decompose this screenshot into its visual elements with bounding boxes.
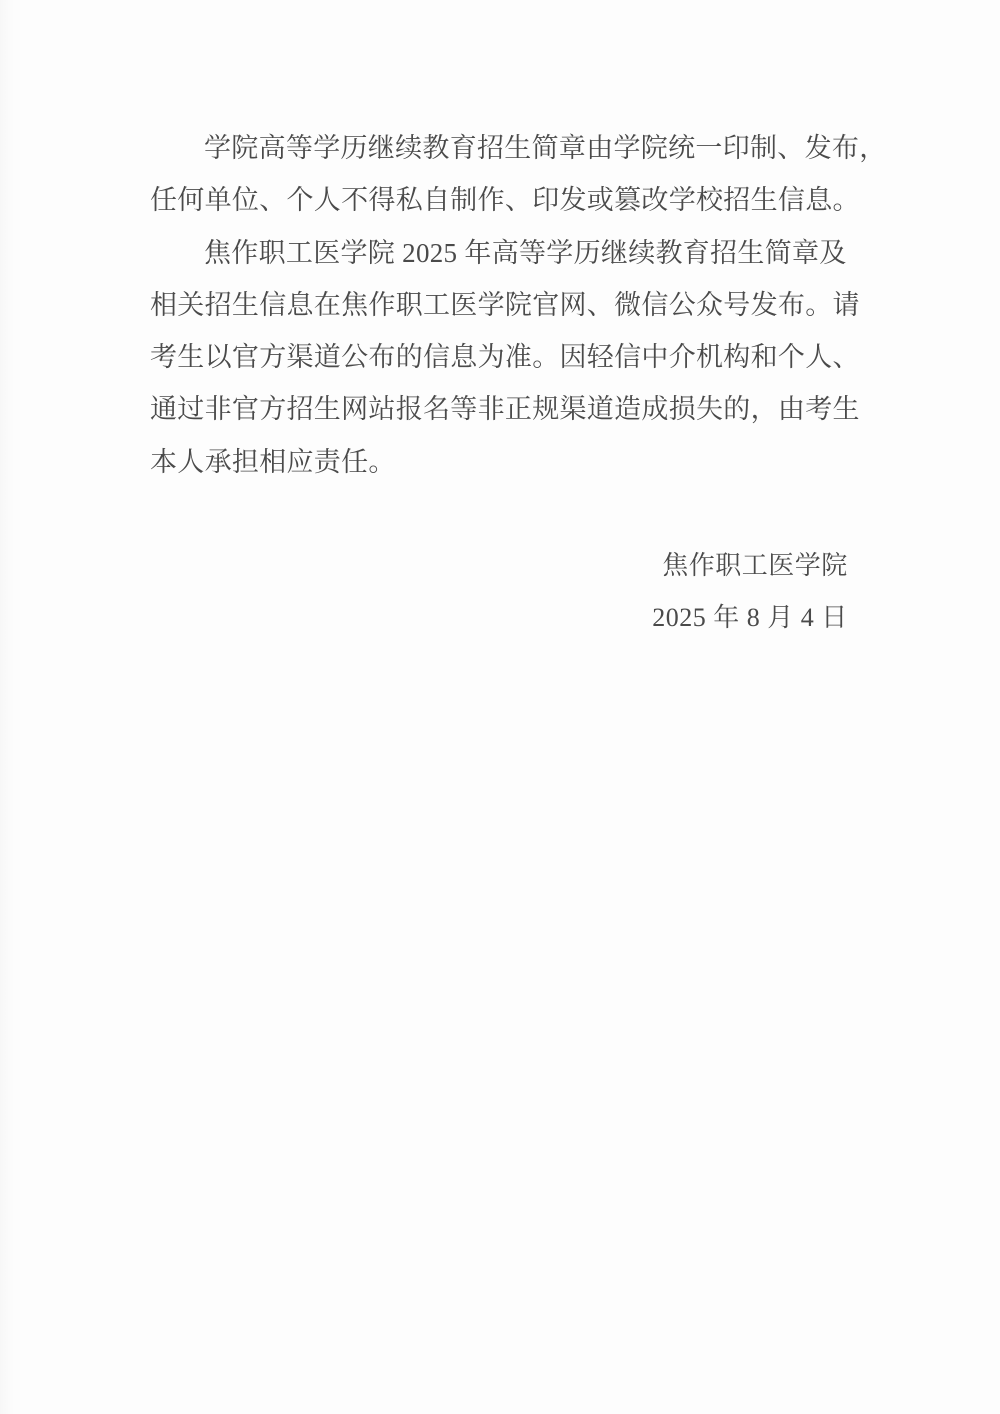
signature-date: 2025 年 8 月 4 日 <box>652 592 848 644</box>
body-line: 任何单位、个人不得私自制作、印发或篡改学校招生信息。 <box>150 174 930 226</box>
body-line: 通过非官方招生网站报名等非正规渠道造成损失的，由考生 <box>150 383 930 435</box>
notice-body: 学院高等学历继续教育招生简章由学院统一印制、发布， 任何单位、个人不得私自制作、… <box>150 122 930 488</box>
body-line: 焦作职工医学院 2025 年高等学历继续教育招生简章及 <box>150 227 930 279</box>
body-line: 相关招生信息在焦作职工医学院官网、微信公众号发布。请 <box>150 279 930 331</box>
body-line: 考生以官方渠道公布的信息为准。因轻信中介机构和个人、 <box>150 331 930 383</box>
scan-edge-shading <box>0 0 14 1414</box>
body-line: 本人承担相应责任。 <box>150 436 930 488</box>
signature-org-name: 焦作职工医学院 <box>662 540 848 592</box>
body-line: 学院高等学历继续教育招生简章由学院统一印制、发布， <box>150 122 930 174</box>
document-page: 学院高等学历继续教育招生简章由学院统一印制、发布， 任何单位、个人不得私自制作、… <box>0 0 1000 1414</box>
